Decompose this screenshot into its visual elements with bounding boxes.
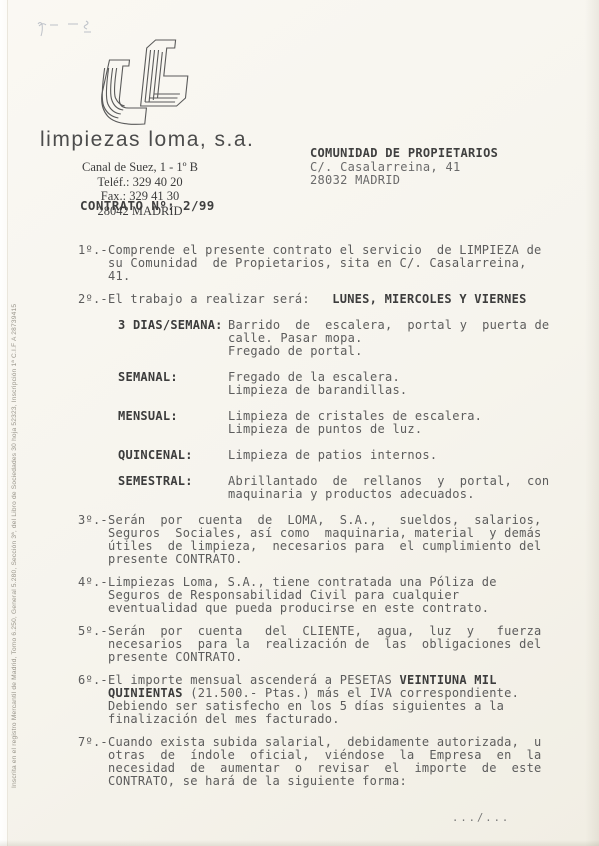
schedule-tasks: Limpieza de cristales de escalera.Limpie… — [228, 410, 560, 436]
schedule-row: SEMANAL:Fregado de la escalera.Limpieza … — [118, 371, 560, 397]
schedule-tasks: Limpieza de patios internos. — [228, 449, 560, 462]
clause-number: 5º.- — [78, 625, 108, 664]
clause-plain-text: CONTRATO, se hará de la siguiente forma: — [108, 774, 407, 788]
clause-plain-text: Debiendo ser satisfecho en los 5 días si… — [108, 699, 504, 713]
clause-plain-text: 41. — [108, 269, 130, 283]
schedule-frequency-label: SEMANAL: — [118, 371, 228, 397]
schedule-row: 3 DIAS/SEMANA:Barrido de escalera, porta… — [118, 319, 560, 358]
contract-clause: 5º.-Serán por cuenta del CLIENTE, agua, … — [78, 625, 560, 664]
clause-text: Comprende el presente contrato el servic… — [108, 244, 560, 283]
schedule-tasks: Abrillantado de rellanos y portal, conma… — [228, 475, 560, 501]
company-address-line: Canal de Suez, 1 - 1º B — [55, 160, 225, 175]
schedule-task-line: Limpieza de barandillas. — [228, 384, 560, 397]
clause-plain-text: útiles de limpieza, necesarios para el c… — [108, 539, 542, 553]
contract-clause: 2º.-El trabajo a realizar será: LUNES, M… — [78, 293, 560, 306]
clause-plain-text: Limpiezas Loma, S.A., tiene contratada u… — [108, 575, 497, 589]
contract-body: 1º.-Comprende el presente contrato el se… — [78, 244, 560, 798]
clause-text: Serán por cuenta del CLIENTE, agua, luz … — [108, 625, 560, 664]
clause-bold-text: VEINTIUNA MIL — [400, 673, 497, 687]
schedule-frequency-label: 3 DIAS/SEMANA: — [118, 319, 228, 358]
clause-line: su Comunidad de Propietarios, sita en C/… — [108, 257, 560, 270]
clause-number: 6º.- — [78, 674, 108, 726]
clause-line: presente CONTRATO. — [108, 651, 560, 664]
clause-text: Serán por cuenta de LOMA, S.A., sueldos,… — [108, 514, 560, 566]
clause-plain-text: Seguros de Responsabilidad Civil para cu… — [108, 588, 459, 602]
clause-line: presente CONTRATO. — [108, 553, 560, 566]
clause-number: 4º.- — [78, 576, 108, 615]
clause-text: El importe mensual ascenderá a PESETAS V… — [108, 674, 560, 726]
clause-plain-text: El trabajo a realizar será: — [108, 292, 332, 306]
contract-clause: 6º.-El importe mensual ascenderá a PESET… — [78, 674, 560, 726]
schedule-frequency-label: SEMESTRAL: — [118, 475, 228, 501]
scan-edge-strip — [0, 0, 8, 846]
schedule-frequency-label: QUINCENAL: — [118, 449, 228, 462]
clause-bold-text: LUNES, MIERCOLES Y VIERNES — [332, 292, 526, 306]
company-logo-icon — [84, 36, 206, 130]
schedule-row: QUINCENAL:Limpieza de patios internos. — [118, 449, 560, 462]
clause-plain-text: Serán por cuenta del CLIENTE, agua, luz … — [108, 624, 542, 638]
clause-plain-text: Serán por cuenta de LOMA, S.A., sueldos,… — [108, 513, 542, 527]
clause-text: El trabajo a realizar será: LUNES, MIERC… — [108, 293, 560, 306]
scanned-contract-page: limpiezas loma, s.a. Canal de Suez, 1 - … — [0, 0, 599, 846]
clause-plain-text: finalización del mes facturado. — [108, 712, 340, 726]
recipient-line: COMUNIDAD DE PROPIETARIOS — [310, 147, 498, 161]
contract-clause: 7º.-Cuando exista subida salarial, debid… — [78, 736, 560, 788]
clause-plain-text: Seguros Sociales, así como maquinaria, m… — [108, 526, 542, 540]
company-address-line: Teléf.: 329 40 20 — [55, 175, 225, 190]
clause-line: El trabajo a realizar será: LUNES, MIERC… — [108, 293, 560, 306]
schedule-task-line: Limpieza de patios internos. — [228, 449, 560, 462]
schedule-tasks: Fregado de la escalera.Limpieza de baran… — [228, 371, 560, 397]
clause-bold-text: QUINIENTAS — [108, 686, 183, 700]
clause-text: Cuando exista subida salarial, debidamen… — [108, 736, 560, 788]
registry-margin-note: Inscrita en el registro Mercantil de Mad… — [11, 288, 18, 788]
clauses-top: 1º.-Comprende el presente contrato el se… — [78, 244, 560, 306]
clause-plain-text: presente CONTRATO. — [108, 650, 243, 664]
recipient-line: 28032 MADRID — [310, 174, 498, 188]
schedule-row: SEMESTRAL:Abrillantado de rellanos y por… — [118, 475, 560, 501]
clause-plain-text: su Comunidad de Propietarios, sita en C/… — [108, 256, 527, 270]
clause-number: 7º.- — [78, 736, 108, 788]
clause-plain-text: otras de índole oficial, viéndose la Emp… — [108, 748, 542, 762]
schedule-task-line: maquinaria y productos adecuados. — [228, 488, 560, 501]
clause-plain-text: presente CONTRATO. — [108, 552, 243, 566]
clause-line: 41. — [108, 270, 560, 283]
clause-line: CONTRATO, se hará de la siguiente forma: — [108, 775, 560, 788]
clause-number: 3º.- — [78, 514, 108, 566]
clause-text: Limpiezas Loma, S.A., tiene contratada u… — [108, 576, 560, 615]
clause-plain-text: necesidad de aumentar o revisar el impor… — [108, 761, 542, 775]
clause-plain-text: Comprende el presente contrato el servic… — [108, 243, 542, 257]
contract-clause: 4º.-Limpiezas Loma, S.A., tiene contrata… — [78, 576, 560, 615]
contract-clause: 3º.-Serán por cuenta de LOMA, S.A., suel… — [78, 514, 560, 566]
clause-line: finalización del mes facturado. — [108, 713, 560, 726]
company-name: limpiezas loma, s.a. — [40, 128, 300, 152]
clause-plain-text: (21.500.- Ptas.) más el IVA correspondie… — [183, 686, 519, 700]
schedule-task-line: Fregado de portal. — [228, 345, 560, 358]
recipient-address-block: COMUNIDAD DE PROPIETARIOSC/. Casalarrein… — [310, 147, 498, 188]
schedule-tasks: Barrido de escalera, portal y puerta dec… — [228, 319, 560, 358]
clause-number: 1º.- — [78, 244, 108, 283]
schedule-task-line: Limpieza de puntos de luz. — [228, 423, 560, 436]
clause-plain-text: eventualidad que pueda producirse en est… — [108, 601, 489, 615]
contract-clause: 1º.-Comprende el presente contrato el se… — [78, 244, 560, 283]
clause-plain-text: necesarios para la realización de las ob… — [108, 637, 542, 651]
clause-number: 2º.- — [78, 293, 108, 306]
clause-line: eventualidad que pueda producirse en est… — [108, 602, 560, 615]
clause-plain-text: El importe mensual ascenderá a PESETAS — [108, 673, 400, 687]
schedule-frequency-label: MENSUAL: — [118, 410, 228, 436]
clauses-bottom: 3º.-Serán por cuenta de LOMA, S.A., suel… — [78, 514, 560, 788]
schedule-row: MENSUAL:Limpieza de cristales de escaler… — [118, 410, 560, 436]
cleaning-schedule: 3 DIAS/SEMANA:Barrido de escalera, porta… — [118, 319, 560, 501]
recipient-line: C/. Casalarreina, 41 — [310, 161, 498, 175]
continuation-mark: .../... — [452, 812, 510, 824]
clause-plain-text: Cuando exista subida salarial, debidamen… — [108, 735, 542, 749]
contract-number: CONTRATO Nº: 2/99 — [80, 198, 215, 213]
